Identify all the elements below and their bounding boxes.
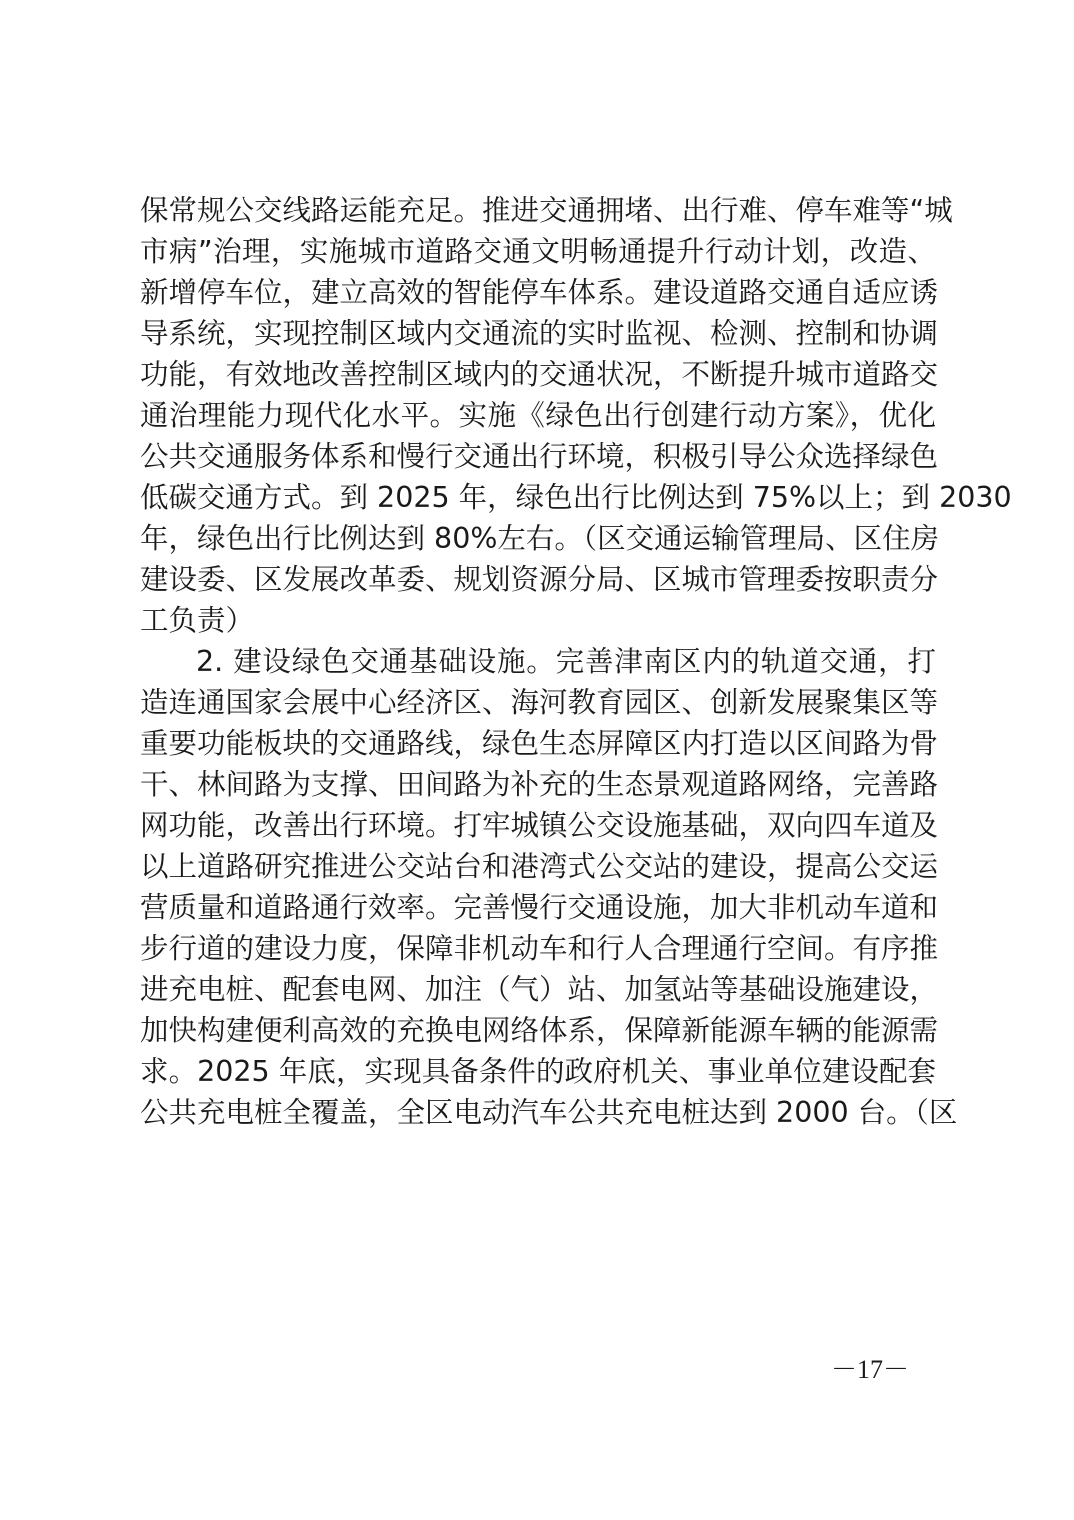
text-line: 工负责） [140,600,936,641]
text-line: 低碳交通方式。到 2025 年，绿色出行比例达到 75%以上；到 2030 [140,477,936,518]
text-line: 通治理能力现代化水平。实施《绿色出行创建行动方案》，优化 [140,395,936,436]
text-line: 功能，有效地改善控制区域内的交通状况，不断提升城市道路交 [140,354,936,395]
text-line: 保常规公交线路运能充足。推进交通拥堵、出行难、停车难等“城 [140,190,936,231]
text-line: 导系统，实现控制区域内交通流的实时监视、检测、控制和协调 [140,313,936,354]
text-line: 建设委、区发展改革委、规划资源分局、区城市管理委按职责分 [140,559,936,600]
text-line: 公共充电桩全覆盖，全区电动汽车公共充电桩达到 2000 台。（区 [140,1092,936,1133]
text-line: 以上道路研究推进公交站台和港湾式公交站的建设，提高公交运 [140,846,936,887]
text-line: 加快构建便利高效的充换电网络体系，保障新能源车辆的能源需 [140,1010,936,1051]
text-line: 公共交通服务体系和慢行交通出行环境，积极引导公众选择绿色 [140,436,936,477]
page-number: －17－ [820,1352,920,1388]
text-line: 进充电桩、配套电网、加注（气）站、加氢站等基础设施建设， [140,969,936,1010]
section-heading-line: 2. 建设绿色交通基础设施。完善津南区内的轨道交通，打 [196,641,936,682]
text-line: 市病”治理，实施城市道路交通文明畅通提升行动计划，改造、 [140,231,936,272]
text-line: 新增停车位，建立高效的智能停车体系。建设道路交通自适应诱 [140,272,936,313]
text-line: 求。2025 年底，实现具备条件的政府机关、事业单位建设配套 [140,1051,936,1092]
text-line: 网功能，改善出行环境。打牢城镇公交设施基础，双向四车道及 [140,805,936,846]
text-line: 造连通国家会展中心经济区、海河教育园区、创新发展聚集区等 [140,682,936,723]
text-line: 步行道的建设力度，保障非机动车和行人合理通行空间。有序推 [140,928,936,969]
text-line: 重要功能板块的交通路线，绿色生态屏障区内打造以区间路为骨 [140,723,936,764]
text-line: 年，绿色出行比例达到 80%左右。（区交通运输管理局、区住房 [140,518,936,559]
document-page: 保常规公交线路运能充足。推进交通拥堵、出行难、停车难等“城 市病”治理，实施城市… [0,0,1074,1520]
text-line: 营质量和道路通行效率。完善慢行交通设施，加大非机动车道和 [140,887,936,928]
text-line: 干、林间路为支撑、田间路为补充的生态景观道路网络，完善路 [140,764,936,805]
